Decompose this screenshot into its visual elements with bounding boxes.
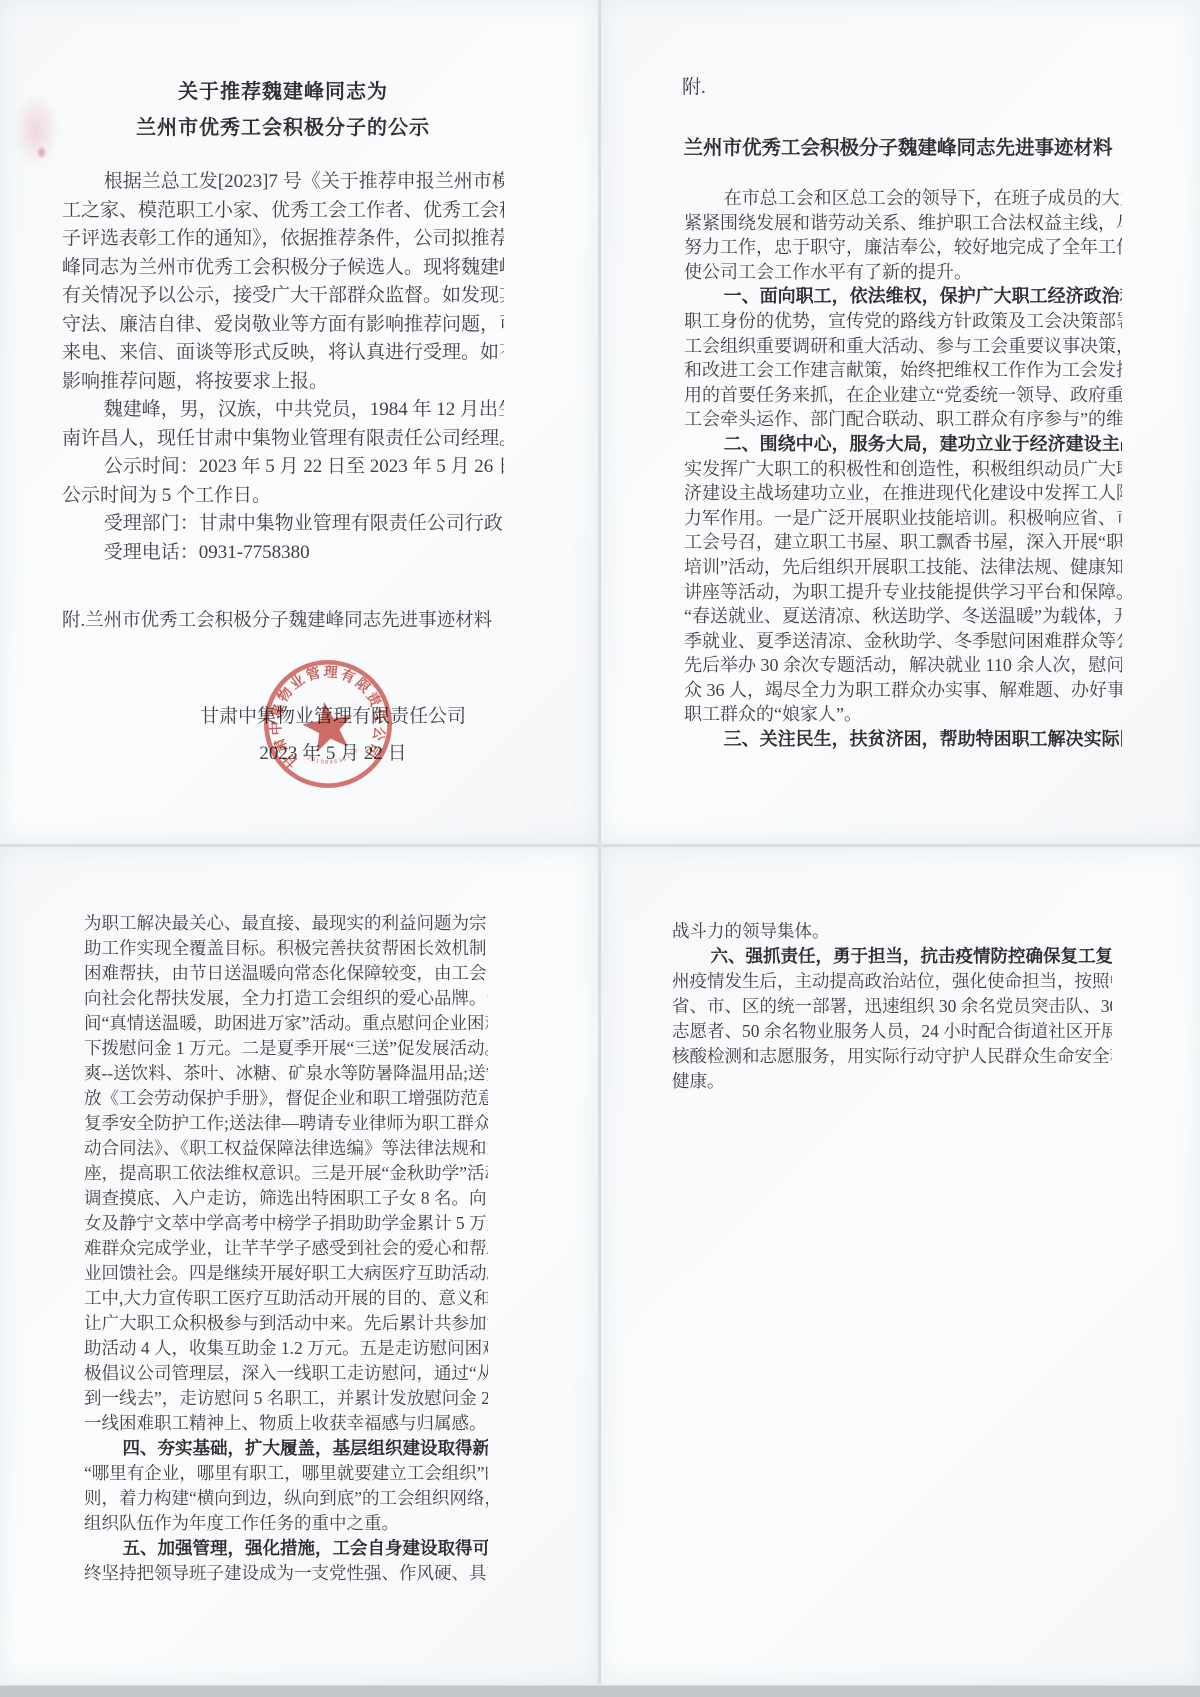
page-3-deeds-continued: 为职工解决最关心、最直接、最现实的利益问题为宗旨，帮扶救助工作实现全覆盖目标。积… [0, 847, 598, 1685]
text-segment: 努力工作，忠于职守，廉洁奉公，较好地完成了全年工作任务， [684, 237, 1122, 257]
text-segment: 向社会化帮扶发展，全力打造工会组织的爱心品牌。一是春节期 [84, 988, 488, 1008]
text-segment: 战斗力的领导集体。 [672, 921, 830, 941]
bold-heading-segment: 四、夯实基础，扩大履盖，基层组织建设取得新突破。 [123, 1438, 489, 1458]
text-line: 座，提高职工依法维权意识。三是开展“金秋助学”活动。通过 [84, 1161, 488, 1186]
bold-heading-segment: 一、面向职工，依法维权，保护广大职工经济政治利益。 [724, 286, 1122, 306]
text-segment: 实发挥广大职工的积极性和创造性，积极组织动员广大职工在经 [684, 459, 1122, 479]
text-line: 培训”活动，先后组织开展职工技能、法律法规、健康知识专题 [684, 555, 1122, 580]
text-line: 工会组织重要调研和重大活动、参与工会重要议事决策，为加强 [684, 334, 1122, 359]
body-text: 在市总工会和区总工会的领导下，在班子成员的大力支持下，紧紧围绕发展和谐劳动关系、… [684, 186, 1122, 752]
text-segment: 公示时间为 5 个工作日。 [62, 485, 271, 506]
text-segment: 复季安全防护工作;送法律—聘请专业律师为职工群众开展《劳 [84, 1113, 488, 1133]
text-line: 二、围绕中心，服务大局，建功立业于经济建设主战场。切 [684, 432, 1122, 457]
text-line: 极倡议公司管理层，深入一线职工走访慰问，通过“从一线来， [84, 1361, 488, 1386]
text-line: 战斗力的领导集体。 [672, 919, 1112, 944]
text-line: 受理部门：甘肃中集物业管理有限责任公司行政部 [62, 510, 504, 539]
text-segment: 为职工解决最关心、最直接、最现实的利益问题为宗旨，帮扶救 [84, 913, 488, 933]
text-line: 使公司工会工作水平有了新的提升。 [684, 260, 1122, 285]
text-line: 向社会化帮扶发展，全力打造工会组织的爱心品牌。一是春节期 [84, 986, 488, 1011]
text-line: 公示时间为 5 个工作日。 [62, 482, 504, 511]
text-segment: 守法、廉洁自律、爱岗敬业等方面有影响推荐问题，可通过 [62, 314, 504, 335]
text-line: 工会号召，建立职工书屋、职工飘香书屋，深入开展“职工技能 [684, 530, 1122, 555]
text-segment: 工会组织重要调研和重大活动、参与工会重要议事决策，为加强 [684, 336, 1122, 356]
text-line: 职工身份的优势，宣传党的路线方针政策及工会决策部署、参加 [684, 309, 1122, 334]
text-segment: 力军作用。一是广泛开展职业技能培训。积极响应省、市、区总 [684, 508, 1122, 528]
text-line: 紧紧围绕发展和谐劳动关系、维护职工合法权益主线，尽职尽责， [684, 211, 1122, 236]
text-line: 一线困难职工精神上、物质上收获幸福感与归属感。 [84, 1411, 488, 1436]
company-seal-stamp: 甘肃中集物业管理有限责任公司 6201984612260 [254, 650, 402, 798]
text-line: 困难帮扶，由节日送温暖向常态化保障较变，由工会内帮扶为主 [84, 961, 488, 986]
text-segment: 核酸检测和志愿服务，用实际行动守护人民群众生命安全和身体 [672, 1046, 1112, 1066]
text-line: 魏建峰，男，汉族，中共党员，1984 年 12 月出生，河 [62, 396, 504, 425]
text-segment: 助工作实现全覆盖目标。积极完善扶贫帮困长效机制，着力推动 [84, 938, 488, 958]
title-line-1: 关于推荐魏建峰同志为 [0, 74, 566, 110]
text-segment: 南许昌人，现任甘肃中集物业管理有限责任公司经理。 [62, 428, 504, 449]
text-segment: 健康。 [672, 1071, 725, 1091]
text-line: 放《工会劳动保护手册》，督促企业和职工增强防范意识，做好 [84, 1086, 488, 1111]
text-line: 用的首要任务来抓，在企业建立“党委统一领导、政府重视支持、 [684, 383, 1122, 408]
text-segment: 困难帮扶，由节日送温暖向常态化保障较变，由工会内帮扶为主 [84, 963, 488, 983]
title-line-2: 兰州市优秀工会积极分子的公示 [0, 110, 566, 146]
text-line: 努力工作，忠于职守，廉洁奉公，较好地完成了全年工作任务， [684, 235, 1122, 260]
text-segment: 志愿者、50 余名物业服务人员，24 小时配合街道社区开展全员 [672, 1021, 1112, 1041]
text-segment: 用的首要任务来抓，在企业建立“党委统一领导、政府重视支持、 [684, 385, 1122, 405]
text-line: 爽--送饮料、茶叶、冰糖、矿泉水等防暑降温用品;送安全--发 [84, 1061, 488, 1086]
text-line: 守法、廉洁自律、爱岗敬业等方面有影响推荐问题，可通过 [62, 311, 504, 340]
text-segment: 和改进工会工作建言献策，始终把维权工作作为工会发挥职能作 [684, 360, 1122, 380]
text-segment: 州疫情发生后，主动提高政治站位，强化使命担当，按照中央、 [672, 971, 1112, 991]
text-segment: 讲座等活动，为职工提升专业技能提供学习平台和保障。二是以 [684, 582, 1122, 602]
text-segment: 爽--送饮料、茶叶、冰糖、矿泉水等防暑降温用品;送安全--发 [84, 1063, 488, 1083]
text-line: 健康。 [672, 1069, 1112, 1094]
text-segment: 子评选表彰工作的通知》，依据推荐条件，公司拟推荐魏建 [62, 228, 504, 249]
text-line: 动合同法》、《职工权益保障法律选编》等法律法规和宣传专题讲 [84, 1136, 488, 1161]
text-segment: 工之家、模范职工小家、优秀工会工作者、优秀工会积极分 [62, 200, 504, 221]
text-line: 女及静宁文萃中学高考中榜学子捐助助学金累计 5 万元，帮助困 [84, 1211, 488, 1236]
text-segment: 公示时间：2023 年 5 月 22 日至 2023 年 5 月 26 日， [104, 456, 504, 477]
text-segment: 业回馈社会。四是继续开展好职工大病医疗互助活动。深入到职 [84, 1263, 488, 1283]
text-segment: 紧紧围绕发展和谐劳动关系、维护职工合法权益主线，尽职尽责， [684, 213, 1122, 233]
page-2-deeds-material: 附. 兰州市优秀工会积极分子魏建峰同志先进事迹材料 在市总工会和区总工会的领导下… [601, 0, 1200, 844]
text-segment: 影响推荐问题，将按要求上报。 [62, 371, 328, 392]
text-line: 实发挥广大职工的积极性和创造性，积极组织动员广大职工在经 [684, 457, 1122, 482]
text-line: 下拨慰问金 1 万元。二是夏季开展“三送”促发展活动。即送凉 [84, 1036, 488, 1061]
body-text: 战斗力的领导集体。六、强抓责任，勇于担当，抗击疫情防控确保复工复产。兰州疫情发生… [672, 919, 1112, 1094]
text-line: 子评选表彰工作的通知》，依据推荐条件，公司拟推荐魏建 [62, 225, 504, 254]
scan-smudge-dot [38, 148, 45, 157]
body-text: 根据兰总工发[2023]7 号《关于推荐申报兰州市模范职工之家、模范职工小家、优… [62, 168, 504, 567]
text-line: 调查摸底、入户走访，筛选出特困职工子女 8 名。向困难职工子 [84, 1186, 488, 1211]
text-line: 助工作实现全覆盖目标。积极完善扶贫帮困长效机制，着力推动 [84, 936, 488, 961]
text-line: 季就业、夏季送清凉、金秋助学、冬季慰问困难群众等公益活动。 [684, 629, 1122, 654]
text-line: 为职工解决最关心、最直接、最现实的利益问题为宗旨，帮扶救 [84, 911, 488, 936]
text-line: 复季安全防护工作;送法律—聘请专业律师为职工群众开展《劳 [84, 1111, 488, 1136]
seal-graphic: 甘肃中集物业管理有限责任公司 6201984612260 [242, 638, 413, 809]
text-line: 志愿者、50 余名物业服务人员，24 小时配合街道社区开展全员 [672, 1019, 1112, 1044]
text-line: 先后举办 30 余次专题活动，解决就业 110 余人次，慰问困难群 [684, 653, 1122, 678]
text-segment: 调查摸底、入户走访，筛选出特困职工子女 8 名。向困难职工子 [84, 1188, 488, 1208]
text-line: 受理电话：0931-7758380 [62, 539, 504, 568]
bold-heading-segment: 五、加强管理，强化措施，工会自身建设取得可喜进展。 [123, 1538, 489, 1558]
text-line: 省、市、区的统一部署，迅速组织 30 余名党员突击队、30 余名 [672, 994, 1112, 1019]
text-line: 核酸检测和志愿服务，用实际行动守护人民群众生命安全和身体 [672, 1044, 1112, 1069]
text-segment: 众 36 人，竭尽全力为职工群众办实事、解难题、办好事，当好 [684, 680, 1122, 700]
text-line: 工中,大力宣传职工医疗互助活动开展的目的、意义和基本知识， [84, 1286, 488, 1311]
text-segment: 受理电话：0931-7758380 [104, 542, 310, 563]
text-segment: 动合同法》、《职工权益保障法律选编》等法律法规和宣传专题讲 [84, 1138, 488, 1158]
bold-heading-segment: 二、围绕中心，服务大局，建功立业于经济建设主战场。 [724, 434, 1122, 454]
bold-heading-segment: 三、关注民生，扶贫济困，帮助特困职工解决实际困难。 [724, 729, 1122, 749]
text-line: 州疫情发生后，主动提高政治站位，强化使命担当，按照中央、 [672, 969, 1112, 994]
text-line: 三、关注民生，扶贫济困，帮助特困职工解决实际困难。以 [684, 727, 1122, 752]
text-line: 济建设主战场建功立业，在推进现代化建设中发挥工人阶级的主 [684, 481, 1122, 506]
text-segment: 组织队伍作为年度工作任务的重中之重。 [84, 1513, 399, 1533]
text-line: 职工群众的“娘家人”。 [684, 702, 1122, 727]
bold-heading-segment: 六、强抓责任，勇于担当，抗击疫情防控确保复工复产。 [711, 946, 1113, 966]
text-line: 有关情况予以公示，接受广大干部群众监督。如发现其遵纪 [62, 282, 504, 311]
seal-star-icon [299, 697, 357, 753]
text-line: 在市总工会和区总工会的领导下，在班子成员的大力支持下， [684, 186, 1122, 211]
text-line: 五、加强管理，强化措施，工会自身建设取得可喜进展。始 [84, 1536, 488, 1561]
text-segment: 终坚持把领导班子建设成为一支党性强、作风硬、具有凝聚力和 [84, 1563, 488, 1583]
attachment-title: 兰州市优秀工会积极分子魏建峰同志先进事迹材料 [601, 132, 1195, 160]
text-line: 工之家、模范职工小家、优秀工会工作者、优秀工会积极分 [62, 197, 504, 226]
page-1-announcement: 关于推荐魏建峰同志为 兰州市优秀工会积极分子的公示 根据兰总工发[2023]7 … [0, 0, 598, 844]
text-line: 峰同志为兰州市优秀工会积极分子候选人。现将魏建峰同志 [62, 254, 504, 283]
text-segment: 有关情况予以公示，接受广大干部群众监督。如发现其遵纪 [62, 285, 504, 306]
text-segment: 先后举办 30 余次专题活动，解决就业 110 余人次，慰问困难群 [684, 655, 1122, 675]
text-segment: 则，着力构建“横向到边，纵向到底”的工会组织网络，把壮大 [84, 1488, 488, 1508]
text-segment: 座，提高职工依法维权意识。三是开展“金秋助学”活动。通过 [84, 1163, 488, 1183]
text-segment: 峰同志为兰州市优秀工会积极分子候选人。现将魏建峰同志 [62, 257, 504, 278]
text-segment: 助活动 4 人，收集互助金 1.2 万元。五是走访慰问困难职工。积 [84, 1338, 488, 1358]
text-segment: 工中,大力宣传职工医疗互助活动开展的目的、意义和基本知识， [84, 1288, 488, 1308]
text-segment: 来电、来信、面谈等形式反映，将认真进行受理。如不存在 [62, 342, 504, 363]
text-line: 间“真情送温暖，助困进万家”活动。重点慰问企业困难职工， [84, 1011, 488, 1036]
text-segment: 职工群众的“娘家人”。 [684, 704, 862, 724]
seal-code-text: 6201984612260 [301, 743, 362, 771]
text-segment: 极倡议公司管理层，深入一线职工走访慰问，通过“从一线来， [84, 1363, 488, 1383]
text-line: 六、强抓责任，勇于担当，抗击疫情防控确保复工复产。兰 [672, 944, 1112, 969]
text-line: 则，着力构建“横向到边，纵向到底”的工会组织网络，把壮大 [84, 1486, 488, 1511]
text-line: 助活动 4 人，收集互助金 1.2 万元。五是走访慰问困难职工。积 [84, 1336, 488, 1361]
text-line: 公示时间：2023 年 5 月 22 日至 2023 年 5 月 26 日， [62, 453, 504, 482]
attachment-label: 附. [682, 72, 706, 99]
page-4-deeds-end: 战斗力的领导集体。六、强抓责任，勇于担当，抗击疫情防控确保复工复产。兰州疫情发生… [601, 847, 1200, 1685]
text-segment: 工会号召，建立职工书屋、职工飘香书屋，深入开展“职工技能 [684, 532, 1122, 552]
text-line: 一、面向职工，依法维权，保护广大职工经济政治利益。以 [684, 284, 1122, 309]
text-segment: 间“真情送温暖，助困进万家”活动。重点慰问企业困难职工， [84, 1013, 488, 1033]
text-line: 力军作用。一是广泛开展职业技能培训。积极响应省、市、区总 [684, 506, 1122, 531]
scanned-document: 关于推荐魏建峰同志为 兰州市优秀工会积极分子的公示 根据兰总工发[2023]7 … [0, 0, 1200, 1697]
text-segment: “春送就业、夏送清凉、秋送助学、冬送温暖”为载体，开展春 [684, 606, 1122, 626]
text-line: “哪里有企业，哪里有职工，哪里就要建立工会组织”的建会原 [84, 1461, 488, 1486]
text-line: 影响推荐问题，将按要求上报。 [62, 368, 504, 397]
text-segment: 季就业、夏季送清凉、金秋助学、冬季慰问困难群众等公益活动。 [684, 631, 1122, 651]
text-segment: 使公司工会工作水平有了新的提升。 [684, 262, 972, 282]
text-line: 根据兰总工发[2023]7 号《关于推荐申报兰州市模范职 [62, 168, 504, 197]
text-segment: 省、市、区的统一部署，迅速组织 30 余名党员突击队、30 余名 [672, 996, 1112, 1016]
text-segment: 魏建峰，男，汉族，中共党员，1984 年 12 月出生，河 [104, 399, 504, 420]
text-segment: 难群众完成学业，让芊芊学子感受到社会的爱心和帮助，完成学 [84, 1238, 488, 1258]
text-segment: 根据兰总工发[2023]7 号《关于推荐申报兰州市模范职 [104, 171, 504, 192]
text-segment: 在市总工会和区总工会的领导下，在班子成员的大力支持下， [724, 188, 1122, 208]
text-line: 组织队伍作为年度工作任务的重中之重。 [84, 1511, 488, 1536]
text-segment: “哪里有企业，哪里有职工，哪里就要建立工会组织”的建会原 [84, 1463, 488, 1483]
text-segment: 职工身份的优势，宣传党的路线方针政策及工会决策部署、参加 [684, 311, 1122, 331]
text-segment: 到一线去”，走访慰问 5 名职工，并累计发放慰问金 2000 元，使 [84, 1388, 488, 1408]
text-line: 到一线去”，走访慰问 5 名职工，并累计发放慰问金 2000 元，使 [84, 1386, 488, 1411]
text-segment: 受理部门：甘肃中集物业管理有限责任公司行政部 [104, 513, 504, 534]
text-line: 终坚持把领导班子建设成为一支党性强、作风硬、具有凝聚力和 [84, 1561, 488, 1586]
text-segment: 培训”活动，先后组织开展职工技能、法律法规、健康知识专题 [684, 557, 1122, 577]
text-segment: 济建设主战场建功立业，在推进现代化建设中发挥工人阶级的主 [684, 483, 1122, 503]
text-segment: 让广大职工众积极参与到活动中来。先后累计共参加大病医疗互 [84, 1313, 488, 1333]
text-line: 来电、来信、面谈等形式反映，将认真进行受理。如不存在 [62, 339, 504, 368]
page-title: 关于推荐魏建峰同志为 兰州市优秀工会积极分子的公示 [0, 74, 566, 146]
text-line: 和改进工会工作建言献策，始终把维权工作作为工会发挥职能作 [684, 358, 1122, 383]
text-segment: 工会牵头运作、部门配合联动、职工群众有序参与”的维权格局。 [684, 409, 1122, 429]
text-segment: 放《工会劳动保护手册》，督促企业和职工增强防范意识，做好 [84, 1088, 488, 1108]
body-text: 为职工解决最关心、最直接、最现实的利益问题为宗旨，帮扶救助工作实现全覆盖目标。积… [84, 911, 488, 1586]
text-line: 工会牵头运作、部门配合联动、职工群众有序参与”的维权格局。 [684, 407, 1122, 432]
text-line: “春送就业、夏送清凉、秋送助学、冬送温暖”为载体，开展春 [684, 604, 1122, 629]
text-segment: 女及静宁文萃中学高考中榜学子捐助助学金累计 5 万元，帮助困 [84, 1213, 488, 1233]
text-segment: 一线困难职工精神上、物质上收获幸福感与归属感。 [84, 1413, 487, 1433]
text-line: 四、夯实基础，扩大履盖，基层组织建设取得新突破。按照 [84, 1436, 488, 1461]
text-line: 南许昌人，现任甘肃中集物业管理有限责任公司经理。 [62, 425, 504, 454]
text-line: 业回馈社会。四是继续开展好职工大病医疗互助活动。深入到职 [84, 1261, 488, 1286]
text-line: 讲座等活动，为职工提升专业技能提供学习平台和保障。二是以 [684, 580, 1122, 605]
text-line: 众 36 人，竭尽全力为职工群众办实事、解难题、办好事，当好 [684, 678, 1122, 703]
text-segment: 下拨慰问金 1 万元。二是夏季开展“三送”促发展活动。即送凉 [84, 1038, 488, 1058]
text-line: 难群众完成学业，让芊芊学子感受到社会的爱心和帮助，完成学 [84, 1236, 488, 1261]
text-line: 让广大职工众积极参与到活动中来。先后累计共参加大病医疗互 [84, 1311, 488, 1336]
attachment-note: 附.兰州市优秀工会积极分子魏建峰同志先进事迹材料 [62, 606, 562, 632]
